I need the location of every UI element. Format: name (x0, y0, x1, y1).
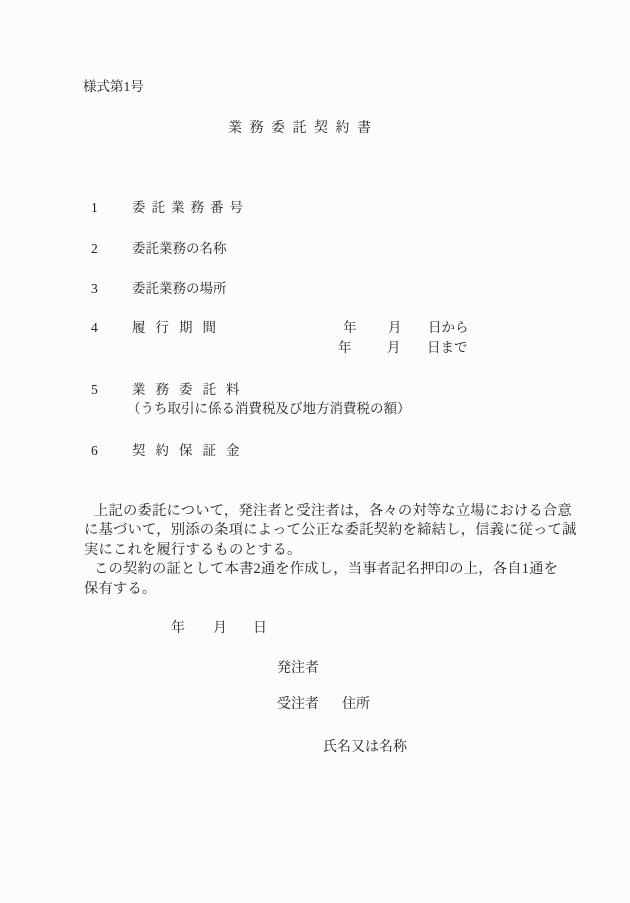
body-line: 実にこれを履行するものとする。 (84, 541, 577, 560)
date-year-label: 年 (171, 620, 185, 638)
period-to-year-label: 年 (338, 340, 352, 357)
contractor-label: 受注者 (277, 696, 319, 714)
date-day-label: 日 (253, 620, 267, 638)
item-number: 1 (91, 200, 132, 217)
item-row-1: 1委託業務番号 (91, 200, 249, 217)
item-label: 履行期間 (132, 320, 226, 335)
item-label: 委託業務の名称 (132, 241, 227, 256)
body-paragraphs: 上記の委託について，発注者と受注者は，各々の対等な立場における合意 に基づいて，… (84, 502, 577, 599)
item-number: 2 (91, 241, 132, 258)
orderer-label: 発注者 (277, 660, 319, 678)
item-label: 契約保証金 (132, 443, 250, 458)
item-row-6: 6契約保証金 (91, 443, 250, 460)
item-label: 委託業務の場所 (132, 281, 227, 296)
item-row-2: 2委託業務の名称 (91, 241, 227, 258)
item-label: 委託業務番号 (132, 200, 249, 215)
period-from-day-label: 日から (428, 320, 469, 337)
item-number: 6 (91, 443, 132, 460)
date-month-label: 月 (213, 620, 227, 638)
period-to-day-label: 日まで (427, 340, 468, 357)
document-title: 業務委託契約書 (228, 120, 379, 138)
body-line: 上記の委託について，発注者と受注者は，各々の対等な立場における合意 (84, 502, 577, 521)
item-row-3: 3委託業務の場所 (91, 281, 227, 298)
body-line: に基づいて，別添の条項によって公正な委託契約を締結し，信義に従って誠 (84, 521, 577, 540)
period-from-year-label: 年 (343, 320, 357, 337)
body-line: 保有する。 (84, 580, 577, 599)
contractor-address-label: 住所 (342, 696, 370, 714)
item-5-tax-note: （うち取引に係る消費税及び地方消費税の額） (127, 401, 411, 418)
item-row-5: 5業務委託料 (91, 382, 250, 399)
item-number: 3 (91, 281, 132, 298)
period-from-month-label: 月 (388, 320, 402, 337)
item-number: 5 (91, 382, 132, 399)
body-line: この契約の証として本書2通を作成し，当事者記名押印の上，各自1通を (84, 560, 577, 579)
contract-form-page: 様式第1号 業務委託契約書 1委託業務番号 2委託業務の名称 3委託業務の場所 … (0, 0, 630, 903)
item-label: 業務委託料 (132, 382, 250, 397)
period-to-month-label: 月 (387, 340, 401, 357)
item-number: 4 (91, 320, 132, 337)
form-number: 様式第1号 (83, 79, 144, 96)
item-row-4: 4履行期間 (91, 320, 226, 337)
contractor-name-label: 氏名又は名称 (323, 739, 407, 757)
